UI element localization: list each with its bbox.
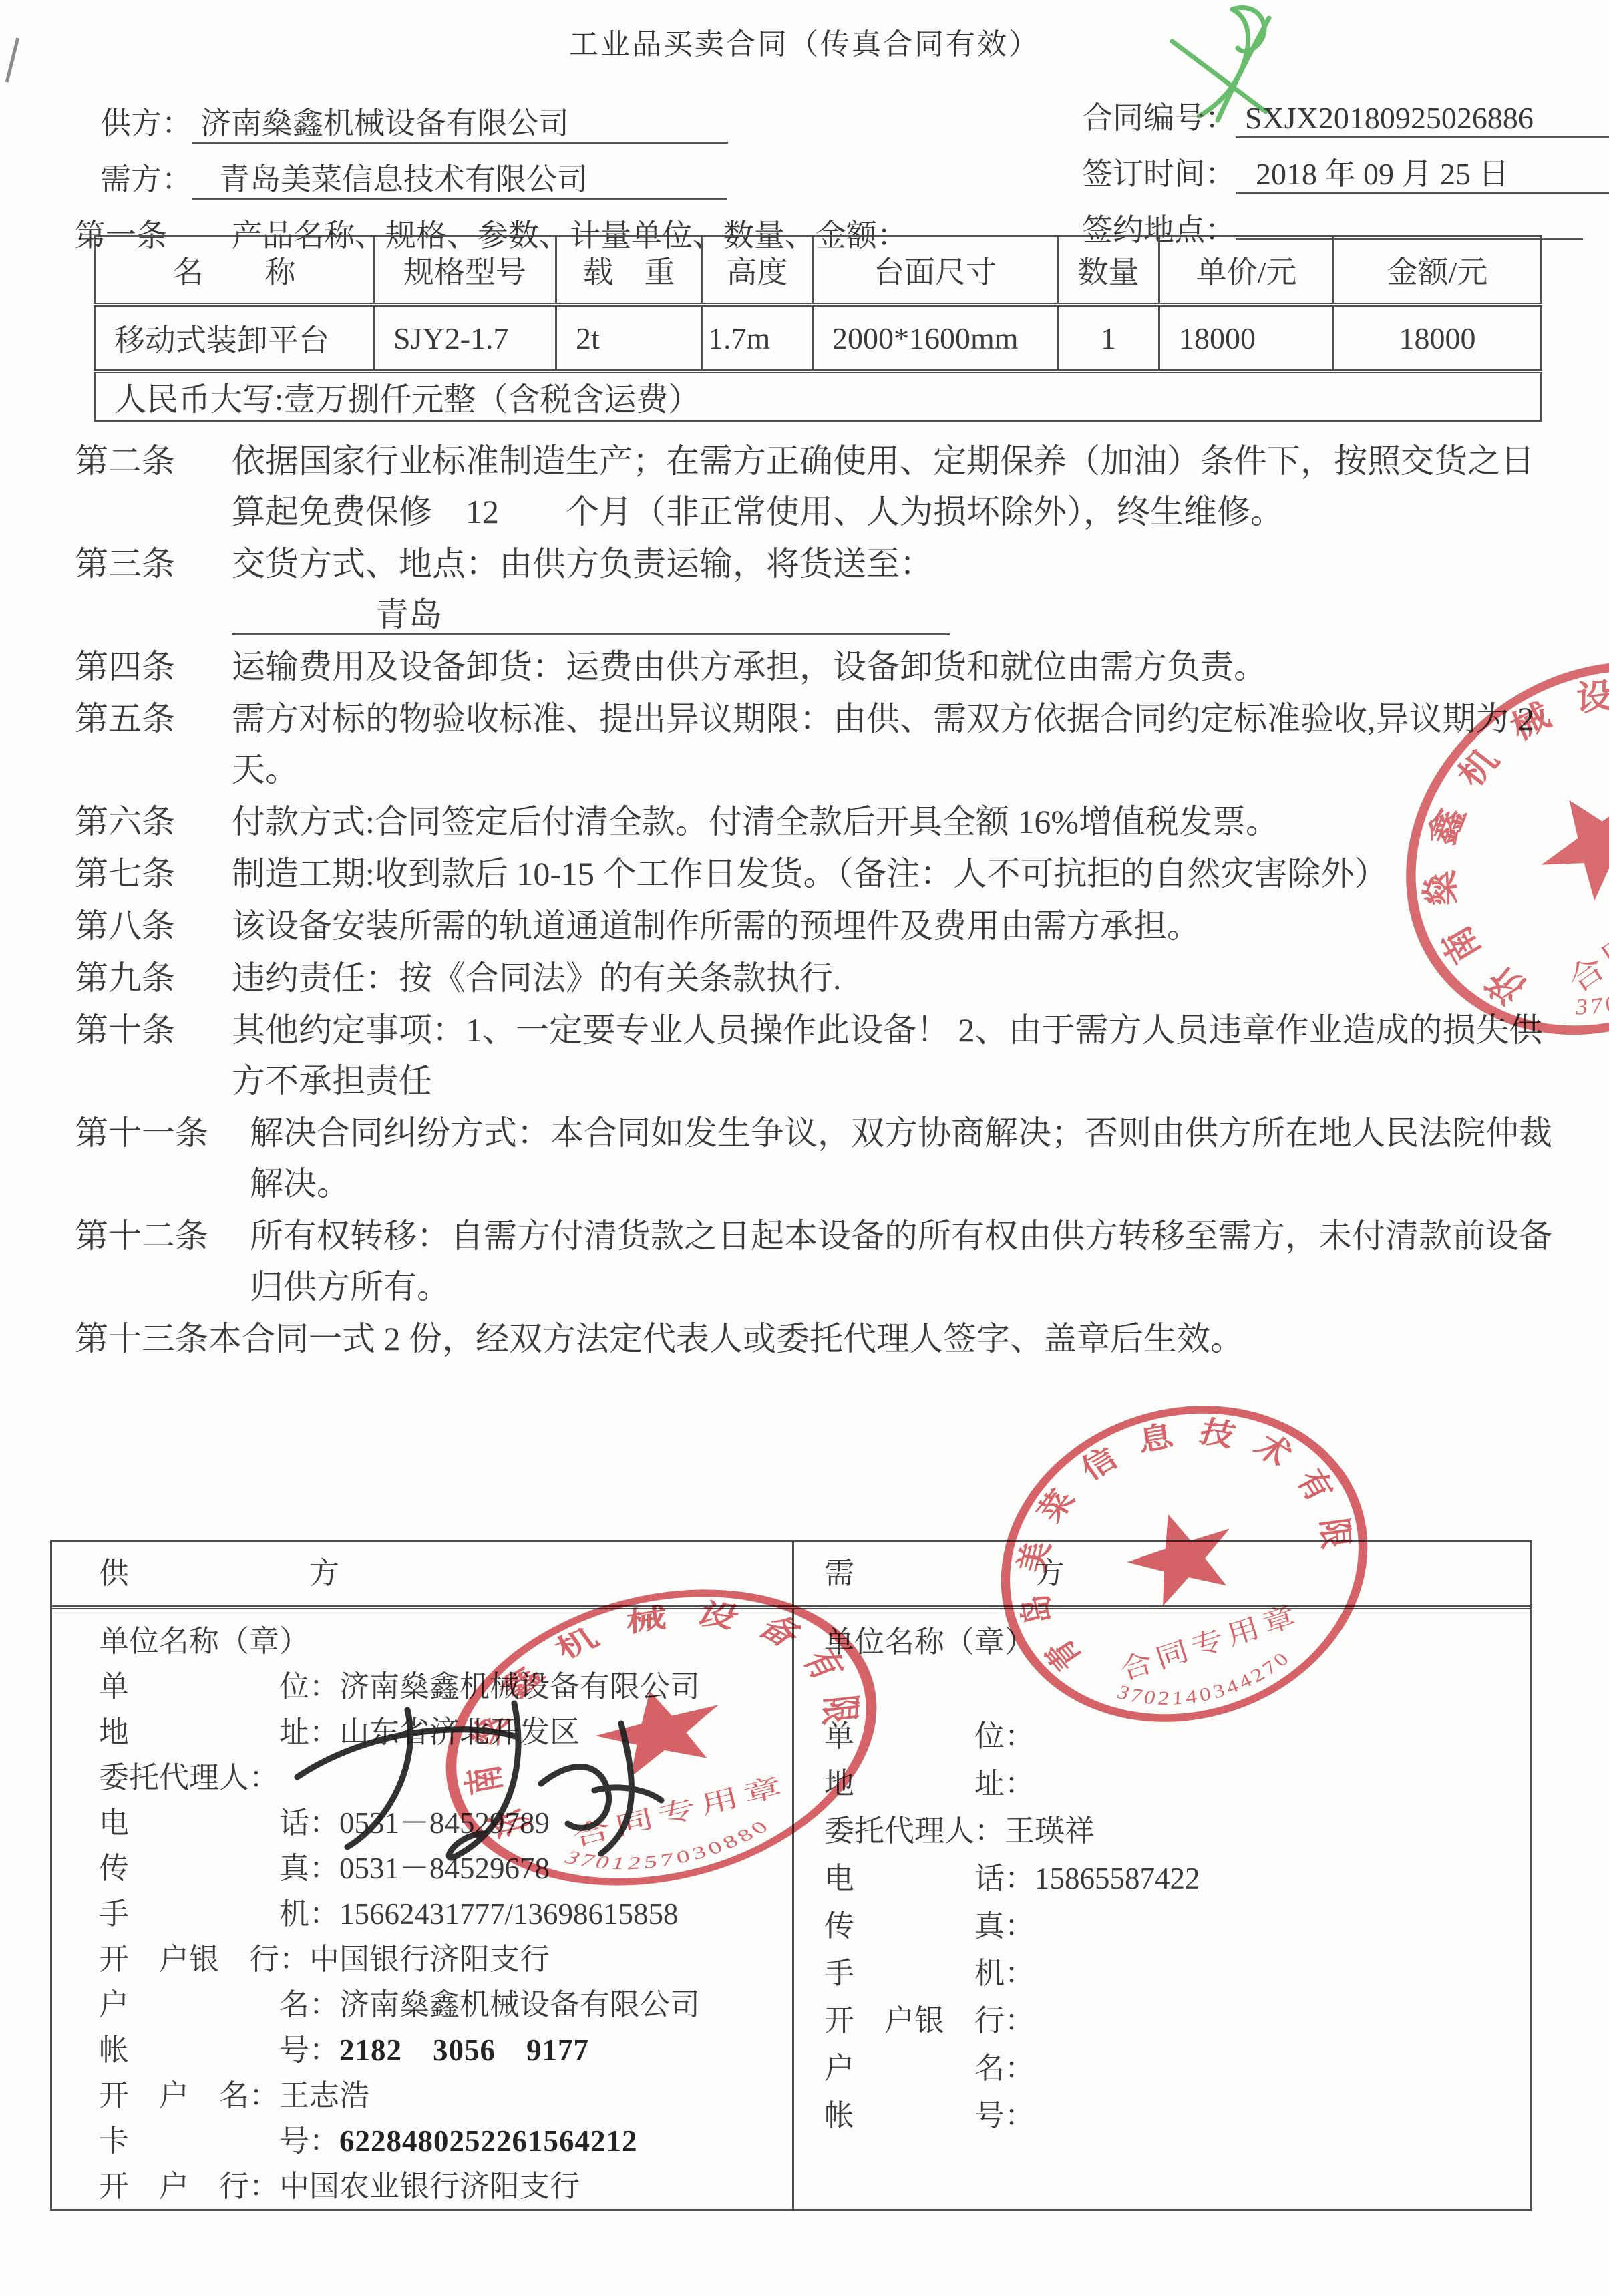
buyer-unit: 单 位： — [824, 1713, 1530, 1760]
cell-height: 1.7m — [702, 305, 813, 371]
sign-date-line: 签订时间：2018 年 09 月 25 日 — [1082, 150, 1609, 194]
buyer-account-no: 帐 号： — [824, 2092, 1530, 2140]
cell-model: SJY2-1.7 — [374, 305, 556, 371]
clause-3: 第三条 交货方式、地点：由供方负责运输，将货送至：青岛 — [75, 538, 1563, 640]
clause-10-label: 第十条 — [75, 1005, 232, 1106]
supplier-fax: 传 真：0531－84529678 — [99, 1846, 792, 1891]
col-header-height: 高度 — [702, 236, 813, 305]
buyer-address: 地 址： — [824, 1760, 1530, 1808]
product-row: 移动式装卸平台 SJY2-1.7 2t 1.7m 2000*1600mm 1 1… — [95, 305, 1542, 371]
clause-4-text: 运输费用及设备卸货：运费由供方承担，设备卸货和就位由需方负责。 — [232, 641, 1563, 692]
clause-7-label: 第七条 — [75, 848, 232, 899]
clause-10: 第十条 其他约定事项：1、一定要专业人员操作此设备！ 2、由于需方人员违章作业造… — [75, 1005, 1563, 1106]
clause-2-label: 第二条 — [75, 436, 232, 537]
buyer-phone: 电 话：15865587422 — [824, 1855, 1530, 1903]
edge-seal-number: 3701257030880 — [1564, 886, 1609, 1050]
supplier-bank: 开 户银 行：中国银行济阳支行 — [99, 1937, 792, 1982]
buyer-details: 单位名称（章） 单 位： 地 址： 委托代理人：王瑛祥 电 话：15865587… — [792, 1609, 1530, 2209]
sign-date-label: 签订时间： — [1082, 157, 1236, 191]
clause-4: 第四条 运输费用及设备卸货：运费由供方承担，设备卸货和就位由需方负责。 — [75, 641, 1563, 692]
supplier-label: 供方： — [100, 106, 192, 140]
clause-6-label: 第六条 — [75, 796, 232, 847]
clause-8-text: 该设备安装所需的轨道通道制作所需的预埋件及费用由需方承担。 — [232, 900, 1563, 951]
supplier-line: 供方：济南燊鑫机械设备有限公司 — [100, 99, 728, 144]
clause-5: 第五条 需方对标的物验收标准、提出异议期限：由供、需双方依据合同约定标准验收,异… — [75, 693, 1563, 795]
clauses-section: 第二条 依据国家行业标准制造生产；在需方正确使用、定期保养（加油）条件下，按照交… — [75, 436, 1563, 1365]
signing-table-header: 供 方 需 方 — [52, 1542, 1530, 1609]
supplier-account-name: 户 名：济南燊鑫机械设备有限公司 — [99, 1982, 792, 2027]
delivery-destination: 青岛 — [232, 597, 950, 635]
clause-12: 第十二条 所有权转移：自需方付清货款之日起本设备的所有权由供方转移至需方，未付清… — [75, 1210, 1563, 1312]
clause-12-label: 第十二条 — [75, 1210, 250, 1312]
edge-seal-center-text: 合同专用章 — [1562, 852, 1609, 999]
cell-qty: 1 — [1058, 305, 1159, 371]
clause-10-text: 其他约定事项：1、一定要专业人员操作此设备！ 2、由于需方人员违章作业造成的损失… — [232, 1005, 1563, 1106]
col-header-amount: 金额/元 — [1334, 236, 1542, 305]
clause-6: 第六条 付款方式:合同签定后付清全款。付清全款后开具全额 16%增值税发票。 — [75, 796, 1563, 847]
sign-date-value: 2018 年 09 月 25 日 — [1236, 157, 1609, 194]
supplier-name: 济南燊鑫机械设备有限公司 — [192, 106, 728, 144]
cell-platform-size: 2000*1600mm — [813, 305, 1058, 371]
buyer-label: 需方： — [100, 162, 192, 196]
amount-in-words-row: 人民币大写:壹万捌仟元整（含税含运费） — [95, 371, 1542, 421]
clause-12-text: 所有权转移：自需方付清货款之日起本设备的所有权由供方转移至需方，未付清款前设备归… — [250, 1210, 1563, 1312]
buyer-agent: 委托代理人：王瑛祥 — [824, 1808, 1530, 1855]
buyer-bank: 开 户银 行： — [824, 1997, 1530, 2045]
supplier-card-bank: 开 户 行：中国农业银行济阳支行 — [99, 2164, 792, 2209]
clause-7-text: 制造工期:收到款后 10-15 个工作日发货。（备注：人不可抗拒的自然灾害除外） — [232, 848, 1563, 899]
supplier-card-no: 卡 号：6228480252261564212 — [99, 2118, 792, 2164]
buyer-line: 需方：青岛美菜信息技术有限公司 — [100, 155, 727, 200]
buyer-fax: 传 真： — [824, 1903, 1530, 1950]
buyer-unit-name-seal: 单位名称（章） — [824, 1619, 1530, 1666]
clause-3-label: 第三条 — [75, 538, 232, 640]
supplier-phone: 电 话：0531－84529789 — [99, 1800, 792, 1846]
buyer-name: 青岛美菜信息技术有限公司 — [192, 162, 727, 200]
contract-no-line: 合同编号：SXJX20180925026886 — [1082, 94, 1609, 138]
clause-4-label: 第四条 — [75, 641, 232, 692]
amount-in-words: 人民币大写:壹万捌仟元整（含税含运费） — [95, 371, 1542, 421]
cell-amount: 18000 — [1334, 305, 1542, 371]
clause-13-label: 第十三条 — [75, 1320, 208, 1357]
supplier-address: 地 址：山东省济北开发区 — [99, 1709, 792, 1755]
contract-no-label: 合同编号： — [1082, 101, 1236, 135]
contract-page: 工业品买卖合同（传真合同有效） 供方：济南燊鑫机械设备有限公司 需方：青岛美菜信… — [0, 0, 1609, 2296]
clause-2: 第二条 依据国家行业标准制造生产；在需方正确使用、定期保养（加油）条件下，按照交… — [75, 436, 1563, 537]
col-header-model: 规格型号 — [374, 236, 556, 305]
clause-11-text: 解决合同纠纷方式：本合同如发生争议，双方协商解决；否则由供方所在地人民法院仲裁解… — [250, 1108, 1563, 1209]
supplier-agent: 委托代理人： — [99, 1755, 792, 1800]
supplier-unit-name-seal: 单位名称（章） — [99, 1619, 792, 1664]
product-table: 名 称 规格型号 载 重 高度 台面尺寸 数量 单价/元 金额/元 移动式装卸平… — [94, 235, 1542, 422]
clause-9-text: 违约责任：按《合同法》的有关条款执行. — [232, 953, 1563, 1003]
clause-3-pre: 交货方式、地点：由供方负责运输，将货送至： — [232, 545, 933, 583]
supplier-card-holder: 开 户 名：王志浩 — [99, 2073, 792, 2118]
signing-table: 供 方 需 方 单位名称（章） 单 位：济南燊鑫机械设备有限公司 地 址：山东省… — [50, 1540, 1532, 2211]
cell-load: 2t — [556, 305, 702, 371]
col-header-qty: 数量 — [1058, 236, 1159, 305]
clause-9-label: 第九条 — [75, 953, 232, 1003]
col-header-load: 载 重 — [556, 236, 702, 305]
supplier-details: 单位名称（章） 单 位：济南燊鑫机械设备有限公司 地 址：山东省济北开发区 委托… — [52, 1609, 792, 2209]
contract-no-value: SXJX20180925026886 — [1236, 101, 1609, 138]
clause-8-label: 第八条 — [75, 900, 232, 951]
clause-9: 第九条 违约责任：按《合同法》的有关条款执行. — [75, 953, 1563, 1003]
cell-name: 移动式装卸平台 — [95, 305, 374, 371]
product-table-header-row: 名 称 规格型号 载 重 高度 台面尺寸 数量 单价/元 金额/元 — [95, 236, 1542, 305]
clause-11-label: 第十一条 — [75, 1108, 250, 1209]
clause-11: 第十一条 解决合同纠纷方式：本合同如发生争议，双方协商解决；否则由供方所在地人民… — [75, 1108, 1563, 1209]
supplier-account-no: 帐 号：2182 3056 9177 — [99, 2027, 792, 2073]
buyer-column-header: 需 方 — [792, 1542, 1530, 1605]
buyer-mobile: 手 机： — [824, 1950, 1530, 1997]
clause-5-text: 需方对标的物验收标准、提出异议期限：由供、需双方依据合同约定标准验收,异议期为 … — [232, 693, 1563, 795]
col-header-name: 名 称 — [95, 236, 374, 305]
clause-6-text: 付款方式:合同签定后付清全款。付清全款后开具全额 16%增值税发票。 — [232, 796, 1563, 847]
buyer-account-name: 户 名： — [824, 2045, 1530, 2092]
clause-13-text: 本合同一式 2 份，经双方法定代表人或委托代理人签字、盖章后生效。 — [208, 1320, 1244, 1357]
svg-text:3701257030880: 3701257030880 — [1564, 886, 1609, 1050]
clause-8: 第八条 该设备安装所需的轨道通道制作所需的预埋件及费用由需方承担。 — [75, 900, 1563, 951]
supplier-mobile: 手 机：15662431777/13698615858 — [99, 1891, 792, 1937]
page-title: 工业品买卖合同（传真合同有效） — [0, 20, 1609, 63]
clause-3-text: 交货方式、地点：由供方负责运输，将货送至：青岛 — [232, 538, 1563, 640]
cell-unit-price: 18000 — [1159, 305, 1334, 371]
supplier-column-header: 供 方 — [52, 1542, 792, 1605]
supplier-unit: 单 位：济南燊鑫机械设备有限公司 — [99, 1664, 792, 1709]
col-header-platform-size: 台面尺寸 — [813, 236, 1058, 305]
clause-7: 第七条 制造工期:收到款后 10-15 个工作日发货。（备注：人不可抗拒的自然灾… — [75, 848, 1563, 899]
clause-2-text: 依据国家行业标准制造生产；在需方正确使用、定期保养（加油）条件下，按照交货之日算… — [232, 436, 1563, 537]
col-header-unit-price: 单价/元 — [1159, 236, 1334, 305]
clause-5-label: 第五条 — [75, 693, 232, 795]
clause-13: 第十三条本合同一式 2 份，经双方法定代表人或委托代理人签字、盖章后生效。 — [75, 1313, 1563, 1364]
